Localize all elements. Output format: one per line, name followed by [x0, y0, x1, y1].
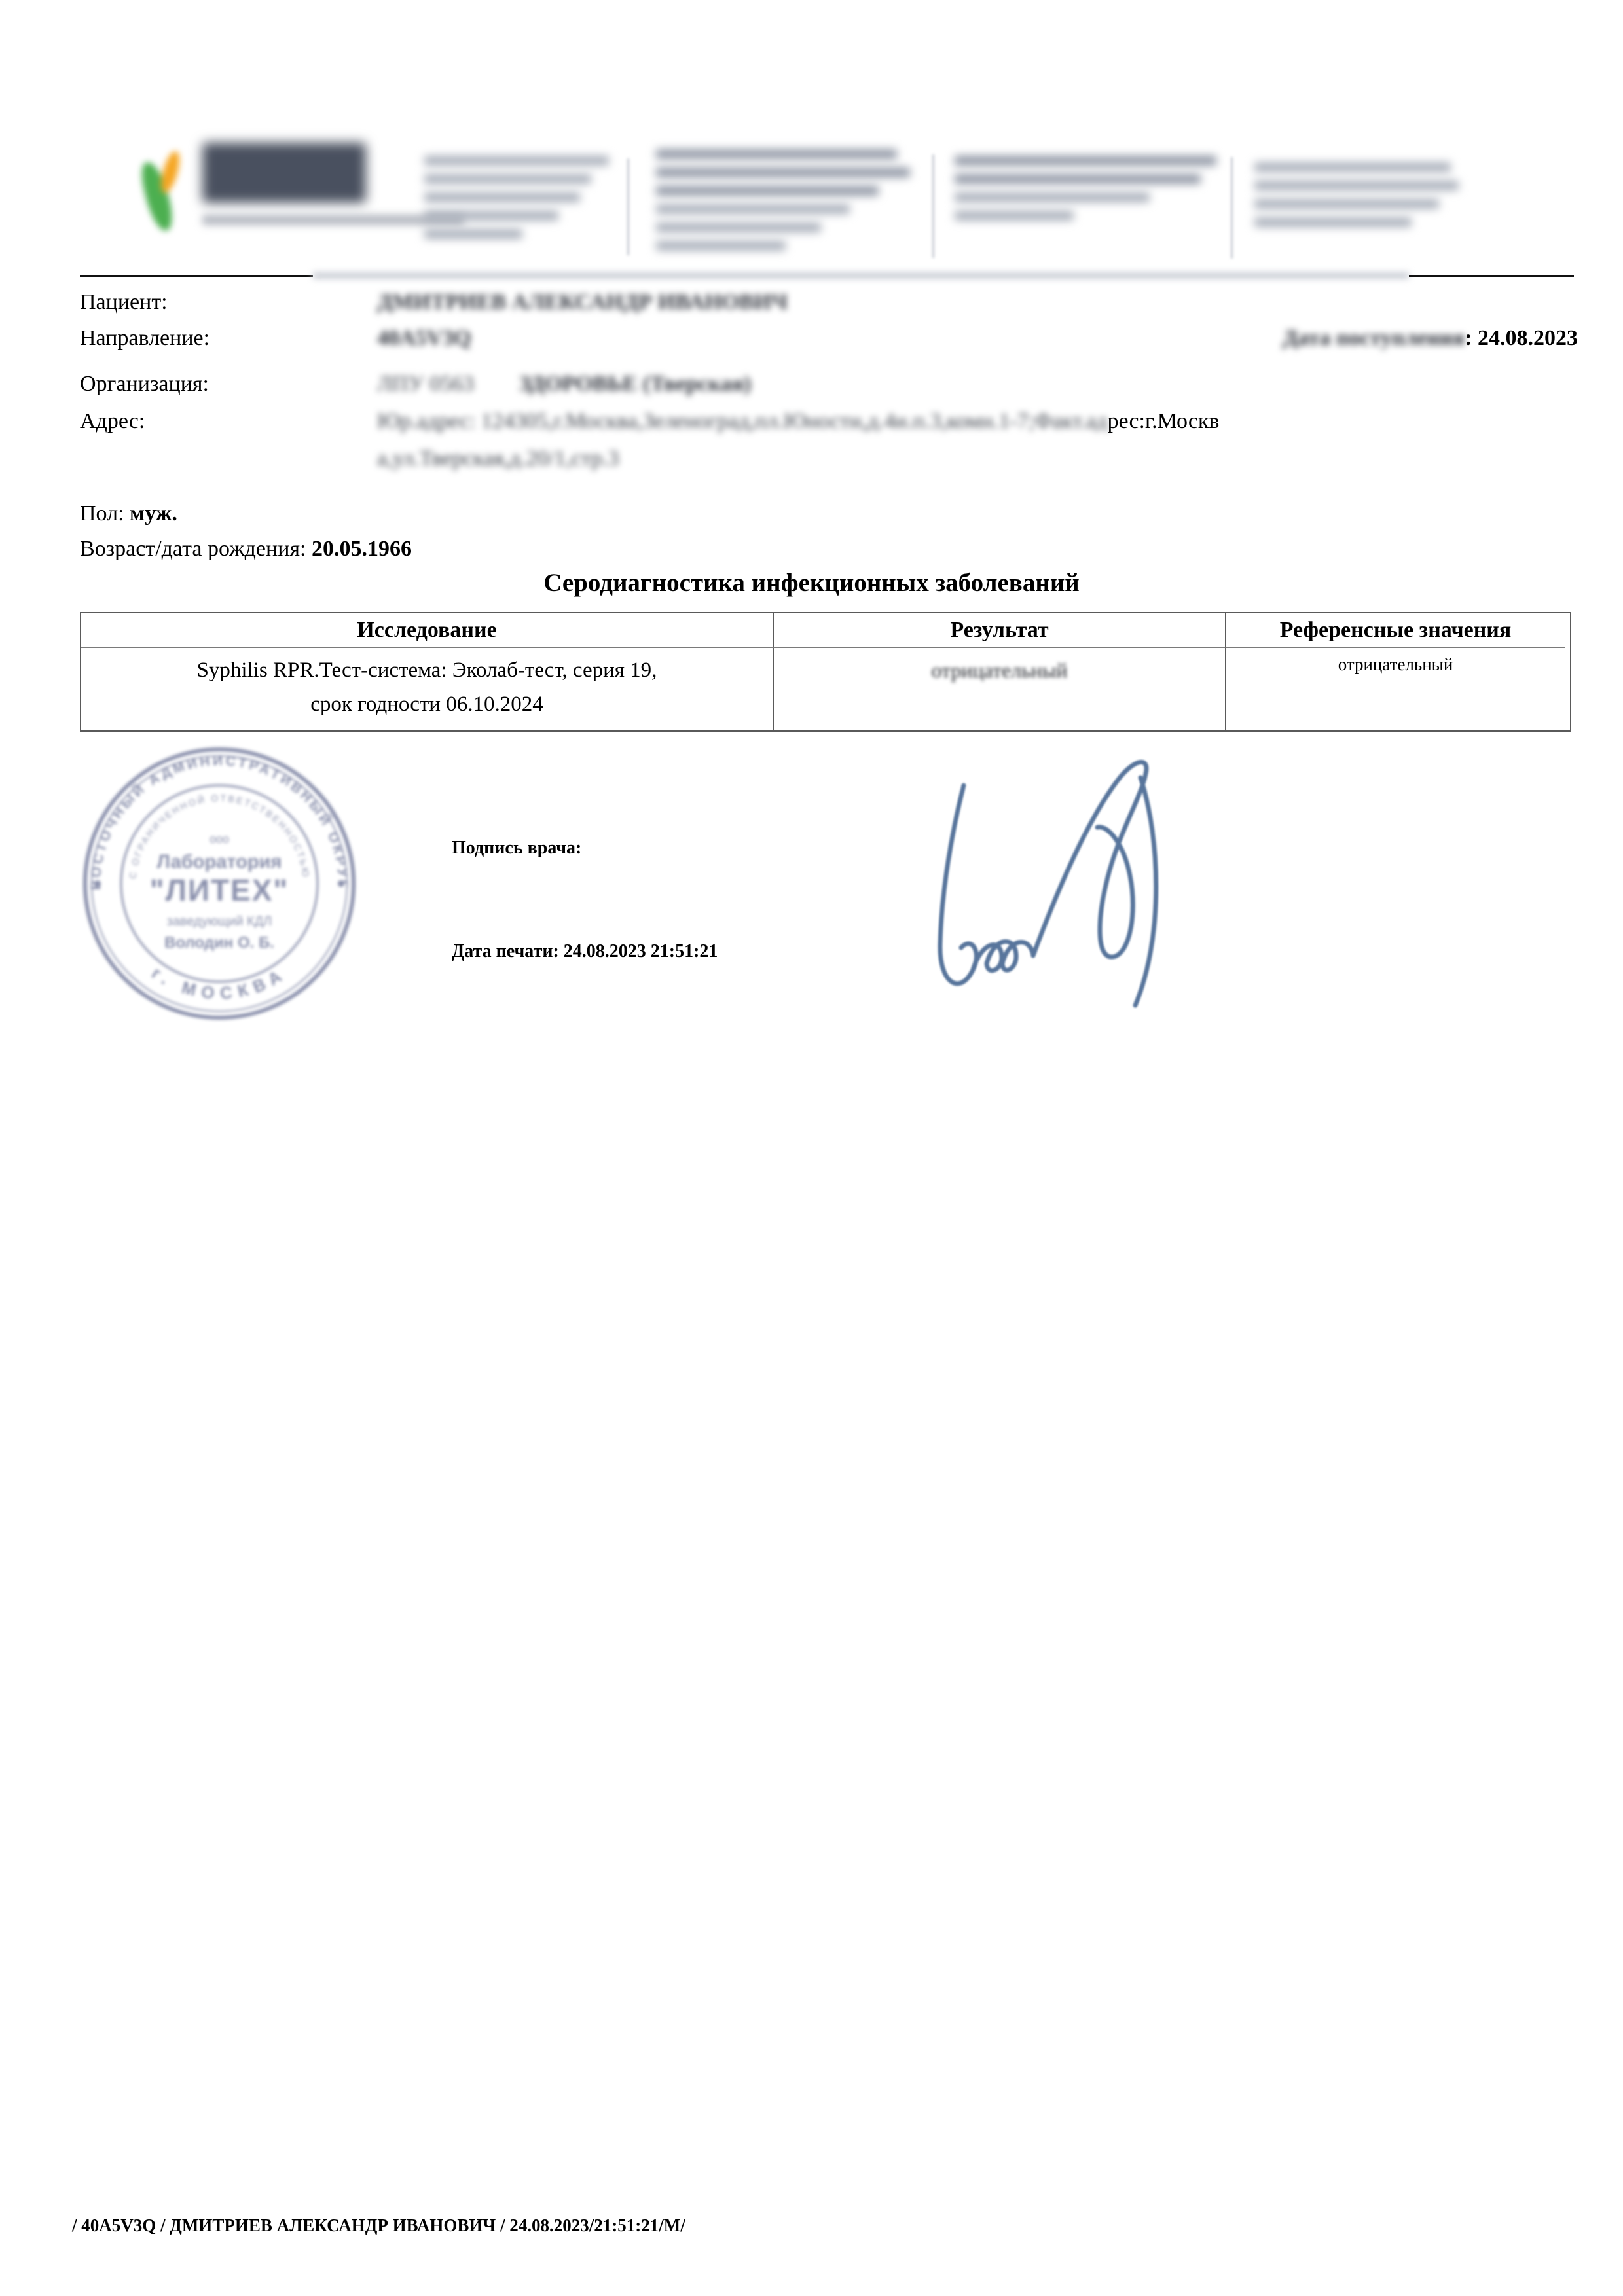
reference-value: отрицательный	[1338, 655, 1453, 674]
patient-name-value: ДМИТРИЕВ АЛЕКСАНДР ИВАНОВИЧ	[377, 290, 788, 315]
date-received-row: Дата поступления: 24.08.2023	[1113, 326, 1578, 351]
print-date-label: Дата печати: 24.08.2023 21:51:21	[452, 941, 718, 962]
header-contact-block	[656, 149, 918, 259]
col-header-result: Результат	[773, 613, 1225, 648]
organization-label: Организация:	[80, 372, 209, 397]
referral-value: 40A5V3Q	[377, 326, 471, 351]
header-contact-block	[955, 156, 1223, 229]
patient-block-rule-blurred	[313, 272, 1409, 279]
results-table: Исследование Результат Референсные значе…	[80, 612, 1571, 732]
address-line2: а,ул.Тверская,д.20/1,стр.3	[377, 446, 619, 471]
age-value: 20.05.1966	[312, 537, 412, 561]
sex-row: Пол: муж.	[80, 501, 177, 526]
col-header-reference: Референсные значения	[1225, 613, 1565, 648]
patient-block-rule-right	[1409, 275, 1574, 277]
stamp-left-dot	[94, 880, 101, 887]
age-label: Возраст/дата рождения:	[80, 537, 312, 561]
address-label: Адрес:	[80, 409, 145, 434]
age-row: Возраст/дата рождения: 20.05.1966	[80, 537, 412, 562]
result-value: отрицательный	[931, 658, 1067, 682]
test-name-line1: Syphilis RPR.Тест-система: Эколаб-тест, …	[85, 653, 769, 687]
stamp-right-dot	[338, 880, 344, 887]
organization-name: ЗДОРОВЬЕ (Тверская)	[519, 372, 752, 396]
sex-value: муж.	[130, 501, 177, 526]
patient-label: Пациент:	[80, 290, 168, 315]
doctor-signature-label: Подпись врача:	[452, 838, 581, 859]
report-title: Серодиагностика инфекционных заболеваний	[0, 568, 1623, 598]
header-divider	[932, 154, 934, 258]
sex-label: Пол:	[80, 501, 130, 526]
address-line1-blurred: Юр.адрес: 124305,г.Москва,Зеленоград,пл.…	[377, 409, 1108, 433]
address-line1: Юр.адрес: 124305,г.Москва,Зеленоград,пл.…	[377, 409, 1219, 434]
test-name-line2: срок годности 06.10.2024	[85, 687, 769, 721]
header-contact-block	[424, 156, 621, 247]
patient-block-rule-left	[80, 275, 313, 277]
test-name-cell: Syphilis RPR.Тест-система: Эколаб-тест, …	[81, 648, 773, 730]
header-divider	[627, 158, 629, 255]
lab-logo	[141, 143, 464, 234]
header-contact-block	[1254, 162, 1470, 236]
address-line1-clear: рес:г.Москв	[1108, 409, 1220, 433]
lab-report-page: Пациент: ДМИТРИЕВ АЛЕКСАНДР ИВАНОВИЧ Нап…	[0, 0, 1623, 2296]
lab-round-stamp: ВОСТОЧНЫЙ АДМИНИСТРАТИВНЫЙ ОКРУГ г. МОСК…	[81, 745, 358, 1022]
stamp-center-ooo: ооо	[210, 833, 229, 846]
header-divider	[1231, 157, 1233, 259]
stamp-center-name: "ЛИТЕХ"	[150, 873, 289, 907]
result-cell: отрицательный	[773, 648, 1225, 730]
date-received-label: Дата поступления	[1283, 326, 1465, 350]
organization-value: ЛПУ 0563 ЗДОРОВЬЕ (Тверская)	[377, 372, 751, 397]
date-received-value: : 24.08.2023	[1465, 326, 1578, 350]
referral-label: Направление:	[80, 326, 210, 351]
lab-logo-wordmark	[202, 143, 366, 203]
stamp-center-role: заведующий КДЛ	[167, 914, 272, 929]
lab-logo-icon	[141, 143, 193, 234]
stamp-center-person: Володин О. Б.	[164, 934, 274, 952]
col-header-test: Исследование	[81, 613, 773, 648]
stamp-center-lab: Лаборатория	[157, 852, 282, 872]
doctor-signature	[903, 740, 1185, 1028]
footer-reference-line: / 40A5V3Q / ДМИТРИЕВ АЛЕКСАНДР ИВАНОВИЧ …	[72, 2215, 685, 2236]
organization-code: ЛПУ 0563	[377, 372, 474, 396]
reference-cell: отрицательный	[1225, 648, 1565, 730]
